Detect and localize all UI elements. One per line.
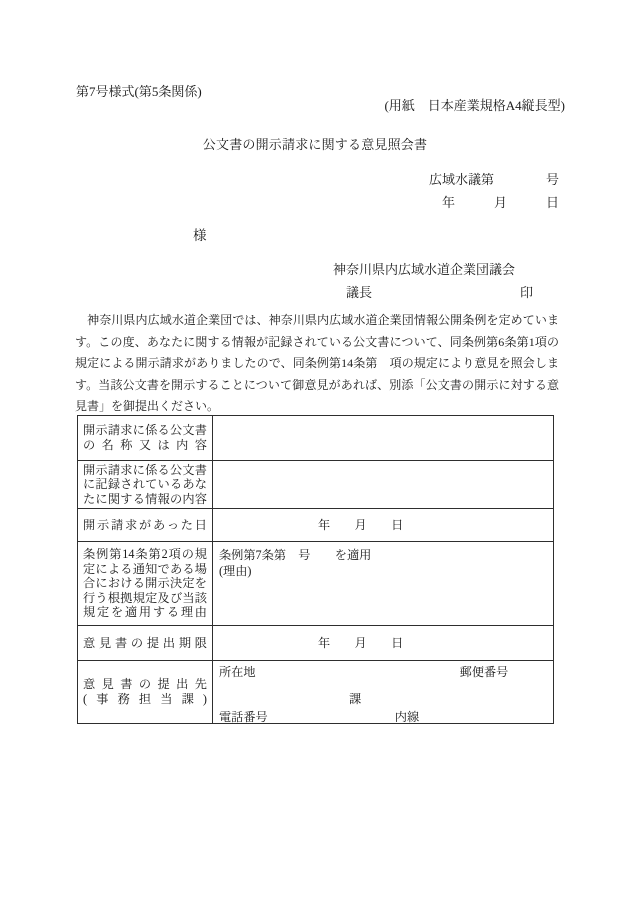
row-label-submission-office: 意見書の提出先(事務担当課) [78,661,213,723]
row-value-opinion-deadline: 年 月 日 [213,626,553,660]
sender-organization: 神奈川県内広域水道企業団議会 [333,258,533,281]
document-title: 公文書の開示請求に関する意見照会書 [0,134,630,153]
row-value-request-date: 年 月 日 [213,509,553,541]
row-label-request-date: 開示請求があった日 [78,509,213,541]
row-value-recorded-info [213,461,553,508]
postal-code-label: 郵便番号 [460,665,509,679]
table-row-submission-office: 意見書の提出先(事務担当課) 所在地 郵便番号 課 電話番号 内線 [78,661,553,723]
table-row-document-name: 開示請求に係る公文書の名称又は内容 [78,416,553,461]
document-date-line: 年 月 日 [429,192,559,215]
table-row-request-date: 開示請求があった日 年 月 日 [78,509,553,542]
row-value-document-name [213,416,553,460]
row-label-legal-basis: 条例第14条第2項の規定による通知である場合における開示決定を行う根拠規定及び当… [78,542,213,625]
contact-address-line: 所在地 郵便番号 [219,665,547,680]
table-row-recorded-info: 開示請求に係る公文書に記録されているあなたに関する情報の内容 [78,461,553,509]
document-number-block: 広域水議第 号 年 月 日 [429,169,559,214]
row-value-submission-office: 所在地 郵便番号 課 電話番号 内線 [213,661,553,723]
seal-mark: 印 [520,281,533,304]
request-details-table: 開示請求に係る公文書の名称又は内容 開示請求に係る公文書に記録されているあなたに… [77,415,554,724]
row-label-document-name: 開示請求に係る公文書の名称又は内容 [78,416,213,460]
sender-title-line: 議長 印 [333,281,533,304]
contact-phone-line: 電話番号 内線 [219,710,547,725]
row-label-opinion-deadline: 意見書の提出期限 [78,626,213,660]
document-number-line: 広域水議第 号 [429,169,559,192]
row-value-legal-basis: 条例第7条第 号 を適用(理由) [213,542,553,625]
body-paragraph: 神奈川県内広域水道企業団では、神奈川県内広域水道企業団情報公開条例を定めています… [75,310,559,418]
address-label: 所在地 [219,665,256,679]
table-row-legal-basis: 条例第14条第2項の規定による通知である場合における開示決定を行う根拠規定及び当… [78,542,553,626]
sender-block: 神奈川県内広域水道企業団議会 議長 印 [333,258,533,304]
document-page: 第7号様式(第5条関係) (用紙 日本産業規格A4縦長型) 公文書の開示請求に関… [0,0,630,903]
form-number: 第7号様式(第5条関係) [76,81,202,100]
table-row-opinion-deadline: 意見書の提出期限 年 月 日 [78,626,553,661]
sender-title: 議長 [346,281,372,304]
extension-label: 内線 [395,710,419,724]
section-label: 課 [349,692,361,706]
phone-label: 電話番号 [219,710,268,724]
row-label-recorded-info: 開示請求に係る公文書に記録されているあなたに関する情報の内容 [78,461,213,508]
paper-size-note: (用紙 日本産業規格A4縦長型) [384,95,565,114]
addressee-honorific: 様 [193,224,207,244]
contact-section-line: 課 [219,692,547,707]
